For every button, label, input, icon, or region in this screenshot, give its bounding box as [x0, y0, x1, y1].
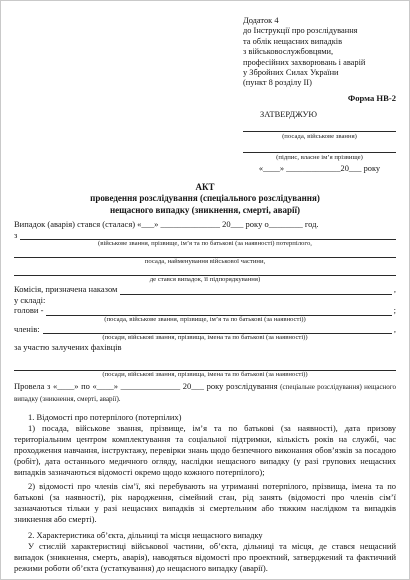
commission-members-line: членів: , [14, 324, 396, 335]
subordination-blank-line [14, 266, 396, 276]
appendix-line: (пункт 8 розділу II) [243, 78, 396, 88]
form-code: Форма НВ-2 [243, 93, 396, 104]
victim-caption-2: посада, найменування військової частини, [14, 258, 396, 266]
appendix-line: у Збройних Силах України [243, 68, 396, 78]
title-line-2: проведення розслідування (спеціального р… [14, 193, 396, 205]
title-line-3: нещасного випадку (зникнення, смерті, ав… [14, 205, 396, 217]
victim-caption-1: (військове звання, прізвище, ім’я та по … [14, 240, 396, 248]
approve-label: ЗАТВЕРДЖУЮ [243, 109, 396, 120]
approval-block: ЗАТВЕРДЖУЮ (посада, військове звання) (п… [243, 109, 396, 174]
blank-field [14, 266, 396, 276]
commission-members-prefix: членів: [14, 324, 43, 335]
experts-line: за участю залучених фахівців [14, 342, 396, 353]
appendix-reference: Додаток 4 до Інструкції про розслідуванн… [243, 16, 396, 89]
conducted-paragraph: Провела з «____» по «____» _____________… [14, 381, 396, 405]
commission-order-line: Комісія, призначена наказом , [14, 284, 396, 295]
commission-order-prefix: Комісія, призначена наказом [14, 284, 120, 295]
position-caption: (посада, військове звання) [243, 133, 396, 141]
appendix-line: професійних захворювань і аварій [243, 58, 396, 68]
commission-members-suffix: , [392, 324, 396, 335]
section-1-paragraph-2: 2) відомості про членів сім’ї, які переб… [14, 481, 396, 525]
appendix-line: Додаток 4 [243, 16, 396, 26]
section-2-paragraph-1: У стислій характеристиці військової част… [14, 541, 396, 574]
appendix-line: з військовослужбовцями, [243, 47, 396, 57]
blank-field [14, 248, 396, 258]
document-body: Випадок (аварія) стався (сталася) «___» … [14, 219, 396, 574]
victim-caption-3: де стався випадок, її підпорядкування) [14, 276, 396, 284]
experts-blank-line [14, 361, 396, 371]
blank-field [43, 324, 392, 334]
blank-field [46, 306, 391, 316]
appendix-line: та облік нещасних випадків [243, 37, 396, 47]
section-2-heading: 2. Характеристика об’єкта, дільниці та м… [14, 530, 396, 541]
victim-blank-line: з [14, 230, 396, 241]
commission-order-suffix: , [392, 284, 396, 295]
case-date-line: Випадок (аварія) стався (сталася) «___» … [14, 219, 396, 230]
document-title: АКТ проведення розслідування (спеціально… [14, 182, 396, 217]
appendix-line: до Інструкції про розслідування [243, 26, 396, 36]
commission-head-caption: (посада, військове звання, прізвище, ім’… [14, 316, 396, 324]
title-line-act: АКТ [14, 182, 396, 194]
blank-field [20, 230, 396, 240]
signature-blank-line [243, 141, 396, 153]
conducted-main: Провела з «____» по «____» _____________… [14, 381, 280, 391]
blank-field [14, 361, 396, 371]
section-1-heading: 1. Відомості про потерпілого (потерпілих… [14, 412, 396, 423]
position-blank-line [243, 120, 396, 132]
approve-date-line: «____» _____________20___ року [243, 164, 396, 174]
commission-members-caption: (посади, військові звання, прізвища, іме… [14, 334, 396, 342]
commission-head-prefix: голови - [14, 305, 46, 316]
commission-head-line: голови - ; [14, 305, 396, 316]
signature-caption: (підпис, власне ім’я прізвище) [243, 154, 396, 162]
act-form-page: Додаток 4 до Інструкції про розслідуванн… [0, 0, 410, 580]
unit-blank-line [14, 248, 396, 258]
section-1-paragraph-1: 1) посада, військове звання, прізвище, і… [14, 423, 396, 478]
composition-line: у складі: [14, 295, 396, 306]
blank-field [120, 285, 391, 295]
experts-caption: (посади, військові звання, прізвища, іме… [14, 371, 396, 379]
commission-head-suffix: ; [392, 305, 396, 316]
